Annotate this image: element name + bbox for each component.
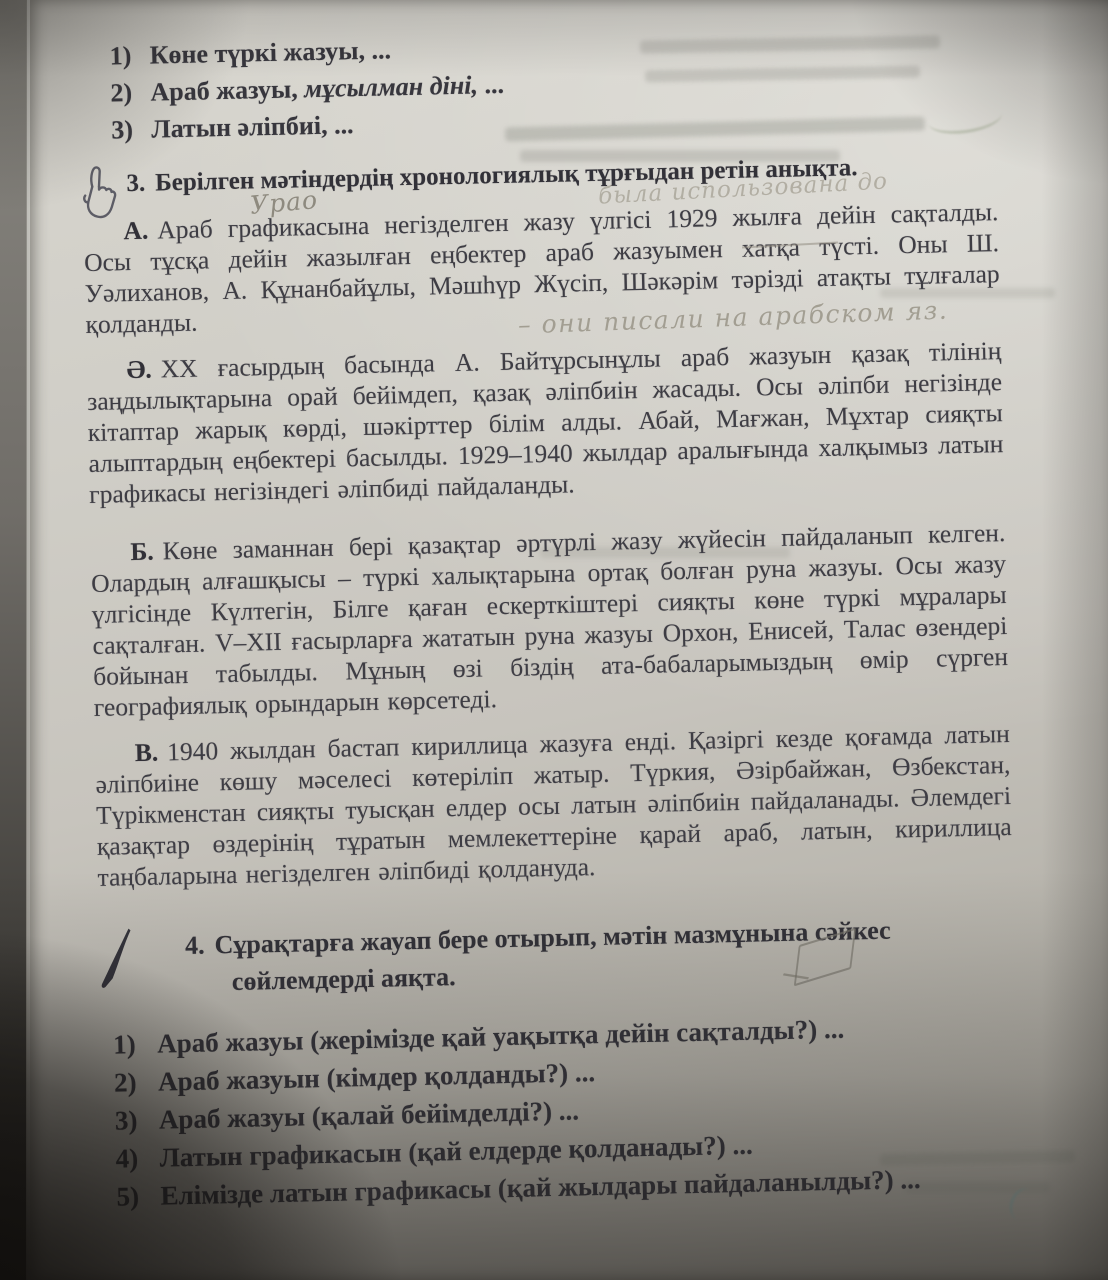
paragraph-text: Араб графикасына негізделген жазу үлгісі… (84, 197, 1000, 339)
task-title: Берілген мәтіндердің хронологиялық тұрғы… (155, 154, 858, 196)
item-number: 5) (116, 1177, 161, 1216)
paragraph-text: 1940 жылдан бастап кириллица жазуға енді… (95, 719, 1012, 892)
pointing-hand-icon (76, 161, 123, 224)
paragraph-a: А.Араб графикасына негізделген жазу үлгі… (83, 196, 1000, 340)
item-number: 3) (111, 111, 152, 149)
item-text: ... (478, 70, 505, 100)
item-number: 1) (113, 1025, 158, 1064)
task-number: 4. (185, 931, 205, 960)
task-4-heading: 4.Сұрақтарға жауап бере отырып, мәтін ма… (185, 909, 1015, 1001)
paragraph-label: А. (123, 216, 148, 246)
pen-icon (97, 923, 137, 996)
item-text: Араб жазуы, (150, 74, 304, 106)
task-3-heading: 3.Берілген мәтіндердің хронологиялық тұр… (126, 148, 998, 200)
paragraph-text: Көне заманнан бері қазақтар әртүрлі жазу… (91, 518, 1008, 722)
questions-list: 1)Араб жазуы (жерімізде қай уақытқа дейі… (113, 1006, 1020, 1216)
item-text: Көне түркі жазуы, ... (149, 35, 391, 69)
paragraph-b: Б.Көне заманнан бері қазақтар әртүрлі жа… (90, 517, 1009, 723)
task-4: 4.Сұрақтарға жауап бере отырып, мәтін ма… (135, 909, 1015, 1002)
item-number: 1) (109, 37, 150, 75)
item-text-italic: мұсылман діні, (304, 70, 478, 103)
paragraph-a2: Ә.XX ғасырдың басында А. Байтұрсынұлы ар… (86, 335, 1004, 510)
intro-list: 1)Көне түркі жазуы, ... 2)Араб жазуы, мұ… (109, 18, 996, 148)
task-3: 3.Берілген мәтіндердің хронологиялық тұр… (82, 148, 998, 201)
item-text: Латын әліпбиі, ... (151, 110, 354, 143)
item-number: 2) (110, 74, 151, 112)
task-number: 3. (126, 170, 145, 197)
paragraph-label: В. (135, 738, 159, 768)
item-number: 2) (114, 1063, 159, 1102)
paragraph-v: В.1940 жылдан бастап кириллица жазуға ен… (95, 718, 1013, 893)
paragraph-label: Б. (130, 537, 154, 567)
task-title: Сұрақтарға жауап бере отырып, мәтін мазм… (214, 916, 891, 996)
item-text: Араб жазуын (кімдер қолданды?) ... (158, 1057, 596, 1097)
item-text: Араб жазуы (қалай бейімделді?) ... (159, 1095, 580, 1134)
printed-content: 1)Көне түркі жазуы, ... 2)Араб жазуы, мұ… (79, 18, 1019, 1216)
page-edge (27, 0, 30, 1280)
paragraph-text: XX ғасырдың басында А. Байтұрсынұлы араб… (87, 336, 1004, 509)
paragraph-label: Ә. (126, 355, 152, 385)
item-number: 4) (115, 1139, 160, 1178)
textbook-page-photo: 1)Көне түркі жазуы, ... 2)Араб жазуы, мұ… (0, 0, 1108, 1280)
item-number: 3) (114, 1101, 159, 1140)
